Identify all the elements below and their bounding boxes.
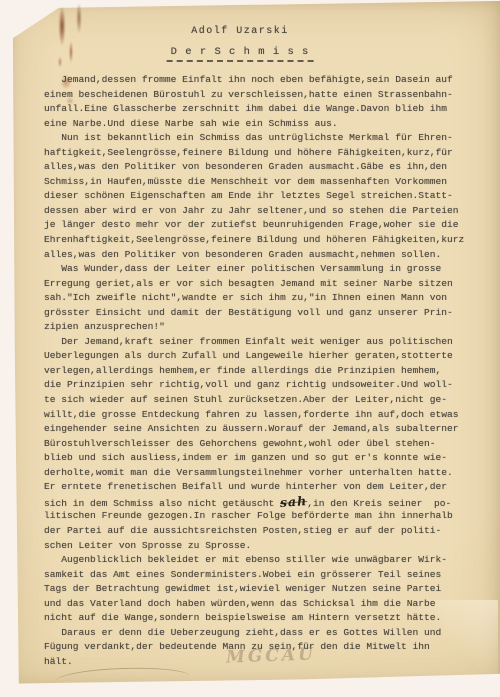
typed-line: grösster Einsicht und damit der Bestätig… bbox=[44, 306, 484, 321]
typed-line: sich in dem Schmiss also nicht getäuscht… bbox=[44, 495, 484, 510]
typed-line: eine Narbe.Und diese Narbe sah wie ein S… bbox=[44, 117, 484, 132]
document-header: Adolf Uzarski D e r S c h m i s s bbox=[167, 26, 314, 62]
typed-line: die Prinzipien sehr richtig,voll und gan… bbox=[44, 378, 484, 393]
typed-line: haftigkeit,Seelengrösse,feinere Bildung … bbox=[44, 146, 484, 161]
typed-line: Daraus er denn die Ueberzeugung zieht,da… bbox=[44, 626, 484, 641]
typed-lines: Jemand,dessen fromme Einfalt ihn noch eb… bbox=[44, 73, 484, 669]
typed-line: alles,was den Politiker von besonderen G… bbox=[44, 248, 484, 263]
typed-line: Augenblicklich bekleidet er mit ebenso s… bbox=[44, 553, 484, 568]
typed-line: Bürostuhlverschleisser des Gehorchens ge… bbox=[44, 437, 484, 452]
typed-line: derholte,womit man die Versammlungsteiln… bbox=[44, 466, 484, 481]
typed-line: je länger desto mehr vor der zutiefst be… bbox=[44, 218, 484, 233]
typed-line: Ueberlegungen als durch Zufall und Lange… bbox=[44, 349, 484, 364]
typed-line: Was Wunder,dass der Leiter einer politis… bbox=[44, 262, 484, 277]
typed-line: willt,die grosse Entdeckung fahren zu la… bbox=[44, 408, 484, 423]
typed-line: nicht auf die Wange,sondern beispielswei… bbox=[44, 611, 484, 626]
typed-line: Erregung geriet,als er vor sich besagten… bbox=[44, 277, 484, 292]
typed-line: alles,was den Politiker von besonderen G… bbox=[44, 160, 484, 175]
typed-line: dieser schönen Eigenschaften am Ende ihr… bbox=[44, 189, 484, 204]
typed-line: und das Vaterland doch haben würden,wenn… bbox=[44, 597, 484, 612]
handwritten-correction: sah bbox=[280, 494, 308, 510]
typed-line: blieb und sich ausliess,indem er im ganz… bbox=[44, 451, 484, 466]
typed-line: te sich wieder auf seinen Stuhl zurückse… bbox=[44, 393, 484, 408]
typed-line: Er erntete frenetischen Beifall und wurd… bbox=[44, 480, 484, 495]
typed-line: schen Leiter von Sprosse zu Sprosse. bbox=[44, 539, 484, 554]
typed-line: Tags der Betrachtung gewidmet ist,wievie… bbox=[44, 582, 484, 597]
typed-line: einem bescheidenen Bürostuhl zu verschle… bbox=[44, 88, 484, 103]
typed-line: samkeit das Amt eines Sonderministers.Wo… bbox=[44, 568, 484, 583]
typed-line: zipien anzusprechen!" bbox=[44, 320, 484, 335]
typed-line: dessen aber wird er von Jahr zu Jahr sel… bbox=[44, 204, 484, 219]
typed-line: sah."Ich zweifle nicht",wandte er sich i… bbox=[44, 291, 484, 306]
typed-line: Nun ist bekanntlich ein Schmiss das untr… bbox=[44, 131, 484, 146]
typed-line: Jemand,dessen fromme Einfalt ihn noch eb… bbox=[44, 73, 484, 88]
typed-line: der Partei auf die aussichtsreichsten Po… bbox=[44, 524, 484, 539]
typed-line: litischen Freunde gezogen.In rascher Fol… bbox=[44, 509, 484, 524]
typed-line: unfall.Eine Glasscherbe zerschnitt ihm d… bbox=[44, 102, 484, 117]
typed-line: Der Jemand,kraft seiner frommen Einfalt … bbox=[44, 335, 484, 350]
typed-line: eingehender seine Ansichten zu äussern.W… bbox=[44, 422, 484, 437]
typed-line: Ehrenhaftigkeit,Seelengrösse,feinere Bil… bbox=[44, 233, 484, 248]
scanned-document-page: Adolf Uzarski D e r S c h m i s s Jemand… bbox=[0, 0, 500, 697]
pencil-archive-mark: MGCAU bbox=[226, 644, 317, 667]
author-name: Adolf Uzarski bbox=[167, 26, 314, 37]
typed-line: Schmiss,in Haufen,müsste die Menschheit … bbox=[44, 175, 484, 190]
typed-line: verlegen,allerdings hemhem,er finde alle… bbox=[44, 364, 484, 379]
document-title: D e r S c h m i s s bbox=[167, 46, 314, 62]
